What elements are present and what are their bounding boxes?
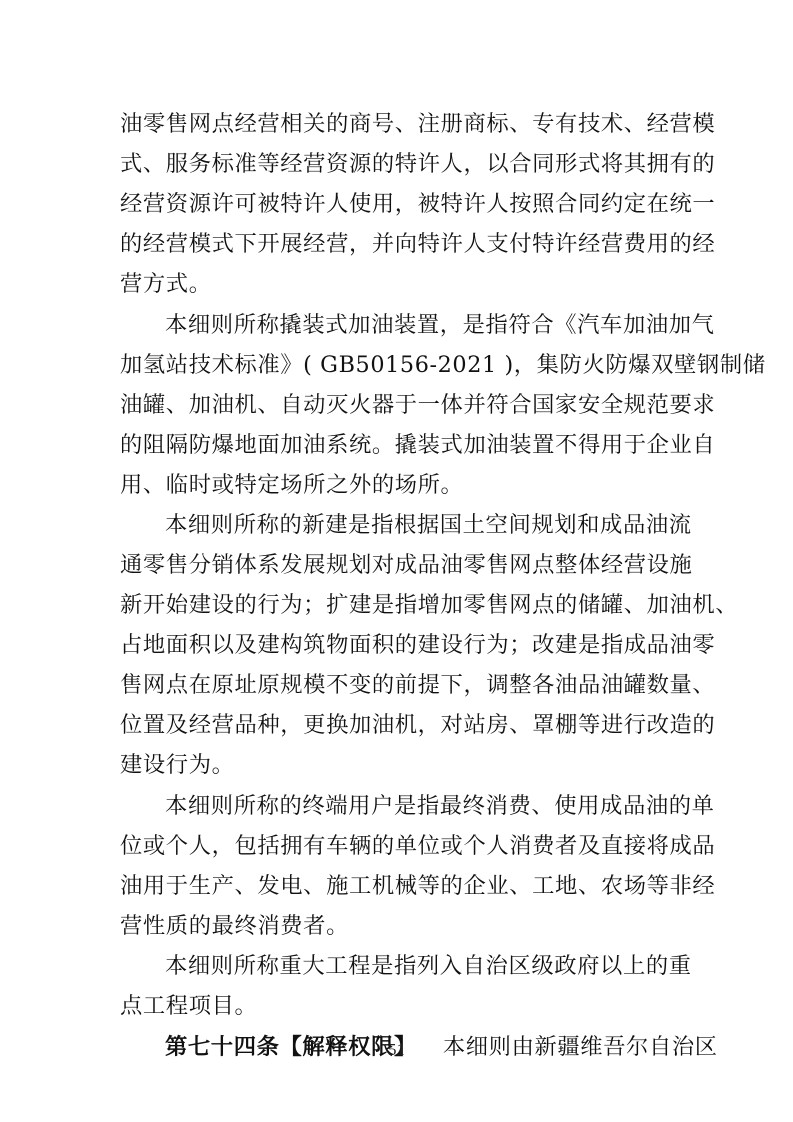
text-line: 新开始建设的行为；扩建是指增加零售网点的储罐、加油机、 xyxy=(120,585,673,625)
text-line: 油罐、加油机、自动灭火器于一体并符合国家安全规范要求 xyxy=(120,385,673,425)
document-page: 油零售网点经营相关的商号、注册商标、专有技术、经营模 式、服务标准等经营资源的特… xyxy=(0,0,793,1122)
text-line: 占地面积以及建构筑物面积的建设行为；改建是指成品油零 xyxy=(120,625,673,665)
text-line: 用、临时或特定场所之外的场所。 xyxy=(120,465,673,505)
text-line: 点工程项目。 xyxy=(120,986,673,1026)
text-line: 本细则所称重大工程是指列入自治区级政府以上的重 xyxy=(165,946,673,986)
text-line: 位或个人，包括拥有车辆的单位或个人消费者及直接将成品 xyxy=(120,826,673,866)
text-line: 油零售网点经营相关的商号、注册商标、专有技术、经营模 xyxy=(120,104,673,144)
text-line: 的阻隔防爆地面加油系统。撬装式加油装置不得用于企业自 xyxy=(120,425,673,465)
text-line: 位置及经营品种，更换加油机，对站房、罩棚等进行改造的 xyxy=(120,705,673,745)
text-line: 本细则所称的终端用户是指最终消费、使用成品油的单 xyxy=(165,786,673,826)
page-number: 51 xyxy=(0,1040,793,1060)
text-line: 建设行为。 xyxy=(120,745,673,785)
text-line: 油用于生产、发电、施工机械等的企业、工地、农场等非经 xyxy=(120,866,673,906)
text-line: 营性质的最终消费者。 xyxy=(120,906,673,946)
text-line: 的经营模式下开展经营，并向特许人支付特许经营费用的经 xyxy=(120,224,673,264)
text-line: 本细则所称的新建是指根据国土空间规划和成品油流 xyxy=(165,505,673,545)
text-line: 加氢站技术标准》( GB50156-2021 )，集防火防爆双壁钢制储 xyxy=(120,345,673,385)
text-line: 售网点在原址原规模不变的前提下，调整各油品油罐数量、 xyxy=(120,665,673,705)
text-line: 式、服务标准等经营资源的特许人，以合同形式将其拥有的 xyxy=(120,144,673,184)
text-line: 通零售分销体系发展规划对成品油零售网点整体经营设施 xyxy=(120,545,673,585)
text-line: 本细则所称撬装式加油装置，是指符合《汽车加油加气 xyxy=(165,305,673,345)
text-line: 经营资源许可被特许人使用，被特许人按照合同约定在统一 xyxy=(120,184,673,224)
text-line: 营方式。 xyxy=(120,264,673,304)
